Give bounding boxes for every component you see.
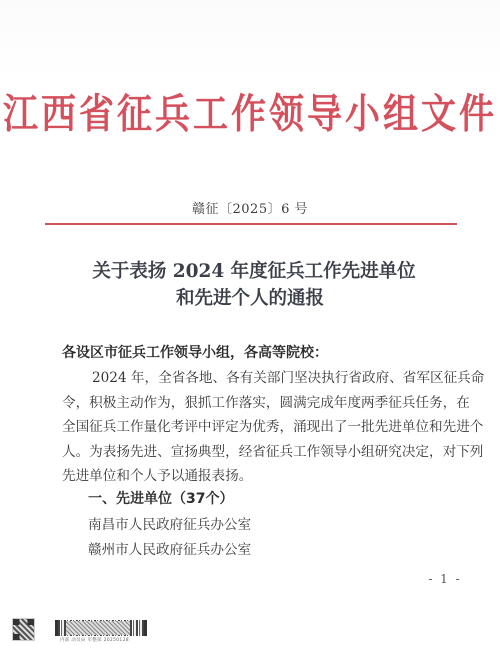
body-paragraph: 2024 年，全省各地、各有关部门坚决执行省政府、省军区征兵命 令，积极主动作为…: [62, 366, 442, 489]
red-divider-line: [45, 223, 457, 225]
barcode-caption: 内部 动员局 军整部 20250128: [60, 637, 140, 643]
body-line: 人。为表扬先进、宣扬典型，经省征兵工作领导小组研究决定，对下列: [62, 440, 442, 465]
qr-code-icon: [12, 618, 35, 641]
salutation: 各设区市征兵工作领导小组，各高等院校：: [62, 343, 328, 363]
advanced-units-list: 南昌市人民政府征兵办公室 赣州市人民政府征兵办公室: [88, 513, 251, 562]
notice-title-line-1: 关于表扬 2024 年度征兵工作先进单位: [0, 258, 500, 285]
notice-title: 关于表扬 2024 年度征兵工作先进单位 和先进个人的通报: [0, 258, 500, 312]
barcode-pattern: [66, 621, 130, 635]
body-line: 全国征兵工作量化考评中评定为优秀，涌现出了一批先进单位和先进个: [62, 415, 442, 440]
barcode-icon: [55, 620, 147, 636]
notice-title-line-2: 和先进个人的通报: [0, 285, 500, 312]
body-line: 令，积极主动作为，狠抓工作落实，圆满完成年度两季征兵任务，在: [62, 391, 442, 416]
section-heading-advanced-units: 一、先进单位（37个）: [88, 488, 233, 510]
red-header-title: 江西省征兵工作领导小组文件: [0, 92, 500, 138]
page-number: - 1 -: [420, 572, 470, 586]
body-line: 2024 年，全省各地、各有关部门坚决执行省政府、省军区征兵命: [62, 366, 442, 391]
list-item: 赣州市人民政府征兵办公室: [88, 538, 251, 563]
document-page: 江西省征兵工作领导小组文件 赣征〔2025〕6 号 关于表扬 2024 年度征兵…: [0, 0, 500, 648]
document-number: 赣征〔2025〕6 号: [0, 201, 500, 219]
list-item: 南昌市人民政府征兵办公室: [88, 513, 251, 538]
body-line: 先进单位和个人予以通报表扬。: [62, 464, 442, 489]
